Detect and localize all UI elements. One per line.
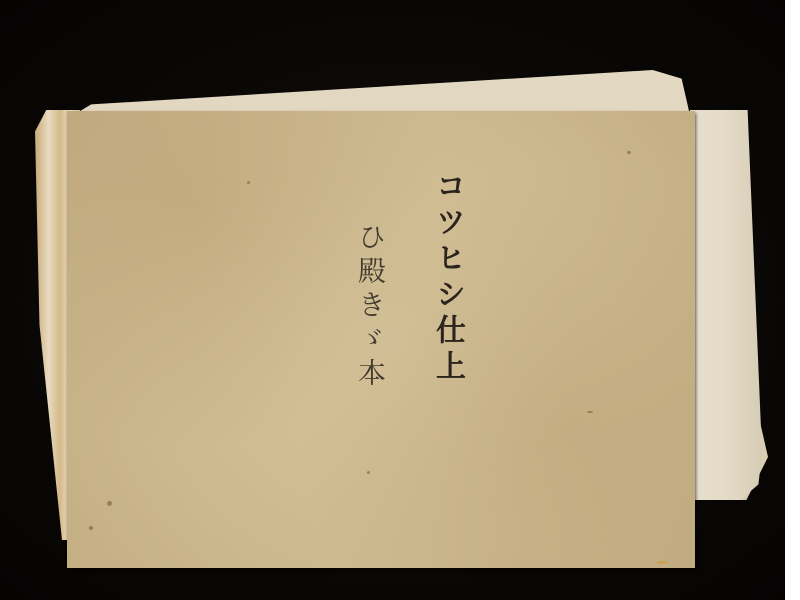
cover-title-calligraphy: コツヒシ仕上	[425, 170, 469, 386]
stain-speck	[247, 181, 250, 184]
stain-speck	[107, 501, 112, 506]
cover-author-calligraphy: ひ殿きゞ本	[350, 222, 390, 392]
stain-speck	[367, 471, 370, 474]
image-border-strip	[785, 0, 800, 600]
stain-speck	[89, 526, 93, 530]
stain-speck	[627, 151, 631, 154]
stain-speck	[587, 411, 593, 413]
stain-speck	[657, 561, 667, 564]
